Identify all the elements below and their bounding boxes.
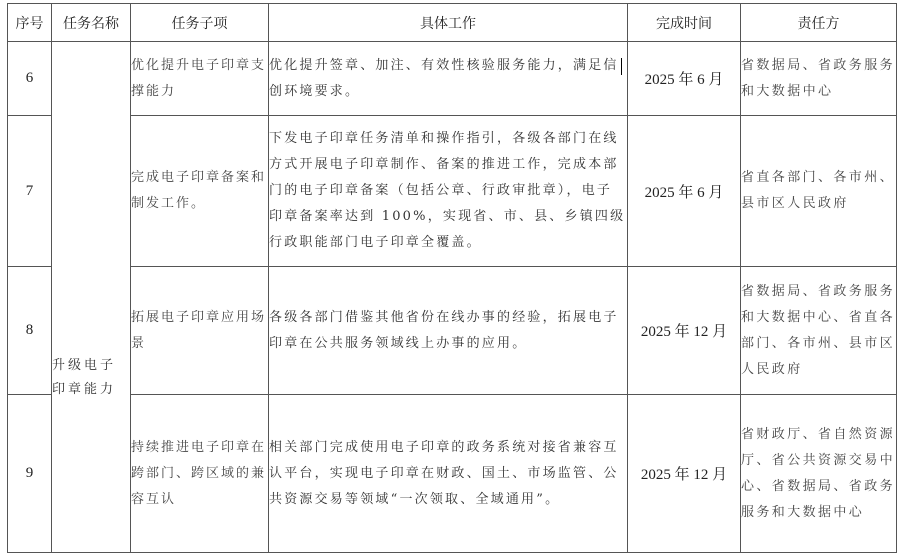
row-index: 7 (8, 116, 52, 267)
work-cell[interactable]: 各级各部门借鉴其他省份在线办事的经验，拓展电子印章在公共服务领域线上办事的应用。 (269, 267, 628, 395)
header-responsible: 责任方 (741, 4, 897, 42)
table-row: 9 持续推进电子印章在跨部门、跨区域的兼容互认 相关部门完成使用电子印章的政务系… (8, 395, 897, 553)
header-sub-item: 任务子项 (131, 4, 269, 42)
text-cursor (621, 58, 622, 75)
work-cell[interactable]: 相关部门完成使用电子印章的政务系统对接省兼容互认平台，实现电子印章在财政、国土、… (269, 395, 628, 553)
responsible-cell[interactable]: 省财政厅、省自然资源厅、省公共资源交易中心、省数据局、省政务服务和大数据中心 (741, 395, 897, 553)
document-page: 序号 任务名称 任务子项 具体工作 完成时间 责任方 6 升级电子印章能力 优化… (0, 0, 900, 556)
work-cell[interactable]: 优化提升签章、加注、有效性核验服务能力，满足信创环境要求。 (269, 42, 628, 116)
header-work: 具体工作 (269, 4, 628, 42)
header-row: 序号 任务名称 任务子项 具体工作 完成时间 责任方 (8, 4, 897, 42)
header-deadline: 完成时间 (628, 4, 741, 42)
sub-item-cell[interactable]: 持续推进电子印章在跨部门、跨区域的兼容互认 (131, 395, 269, 553)
row-index: 8 (8, 267, 52, 395)
deadline-cell[interactable]: 2025 年 12 月 (628, 267, 741, 395)
responsible-cell[interactable]: 省直各部门、各市州、县市区人民政府 (741, 116, 897, 267)
sub-item-cell[interactable]: 拓展电子印章应用场景 (131, 267, 269, 395)
row-index: 6 (8, 42, 52, 116)
sub-item-cell[interactable]: 优化提升电子印章支撑能力 (131, 42, 269, 116)
deadline-cell[interactable]: 2025 年 6 月 (628, 116, 741, 267)
task-name-cell[interactable]: 升级电子印章能力 (52, 42, 131, 553)
header-index: 序号 (8, 4, 52, 42)
row-index: 9 (8, 395, 52, 553)
work-text: 优化提升签章、加注、有效性核验服务能力，满足信创环境要求。 (269, 58, 619, 99)
task-name-text: 升级电子印章能力 (52, 192, 130, 402)
header-task-name: 任务名称 (52, 4, 131, 42)
table-row: 6 升级电子印章能力 优化提升电子印章支撑能力 优化提升签章、加注、有效性核验服… (8, 42, 897, 116)
responsible-cell[interactable]: 省数据局、省政务服务和大数据中心 (741, 42, 897, 116)
task-table: 序号 任务名称 任务子项 具体工作 完成时间 责任方 6 升级电子印章能力 优化… (7, 3, 897, 553)
deadline-cell[interactable]: 2025 年 6 月 (628, 42, 741, 116)
work-cell[interactable]: 下发电子印章任务清单和操作指引，各级各部门在线方式开展电子印章制作、备案的推进工… (269, 116, 628, 267)
table-row: 7 完成电子印章备案和制发工作。 下发电子印章任务清单和操作指引，各级各部门在线… (8, 116, 897, 267)
sub-item-cell[interactable]: 完成电子印章备案和制发工作。 (131, 116, 269, 267)
table-row: 8 拓展电子印章应用场景 各级各部门借鉴其他省份在线办事的经验，拓展电子印章在公… (8, 267, 897, 395)
deadline-cell[interactable]: 2025 年 12 月 (628, 395, 741, 553)
responsible-cell[interactable]: 省数据局、省政务服务和大数据中心、省直各部门、各市州、县市区人民政府 (741, 267, 897, 395)
